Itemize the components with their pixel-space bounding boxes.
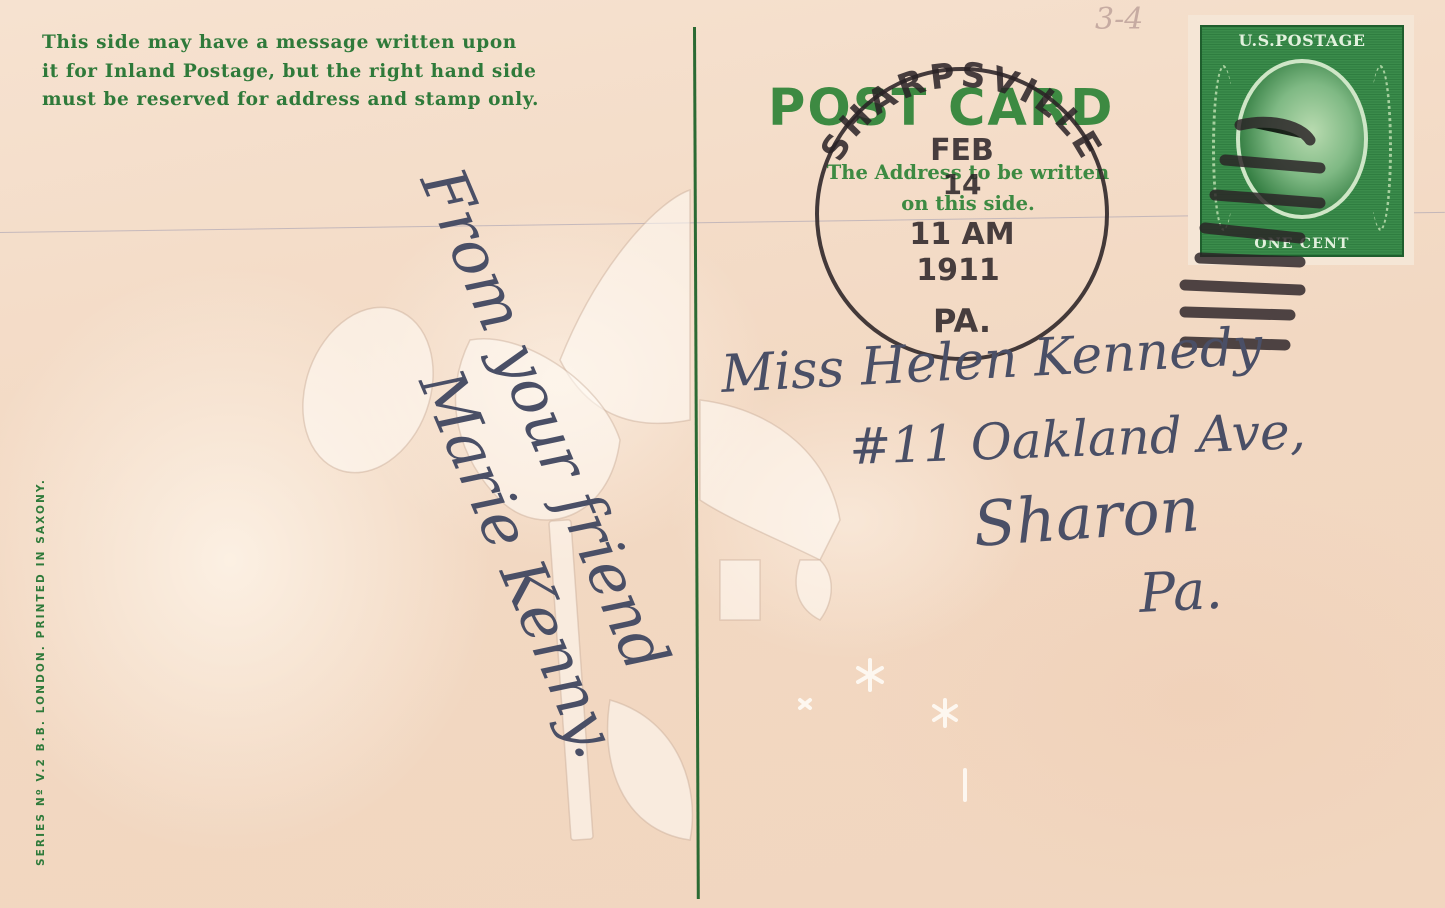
address-line-1: Miss Helen Kennedy <box>719 317 1265 405</box>
cancellation-bars <box>1185 122 1320 345</box>
postmark: SHARPSVILLE FEB 14 11 AM 1911 PA. <box>813 55 1111 359</box>
postmark-time: 11 AM <box>909 217 1014 252</box>
postmark-year: 1911 <box>916 253 1000 288</box>
address-line-2: #11 Oakland Ave, <box>848 402 1306 476</box>
embossed-snowflakes <box>800 660 965 800</box>
postmark-day: 14 <box>943 168 982 201</box>
postmark-month: FEB <box>930 133 994 168</box>
ink-overlay: SHARPSVILLE FEB 14 11 AM 1911 PA. From y… <box>0 0 1445 908</box>
address-line-3: Sharon <box>971 472 1202 561</box>
address-line-4: Pa. <box>1136 558 1223 625</box>
postcard-back: This side may have a message written upo… <box>0 0 1445 908</box>
